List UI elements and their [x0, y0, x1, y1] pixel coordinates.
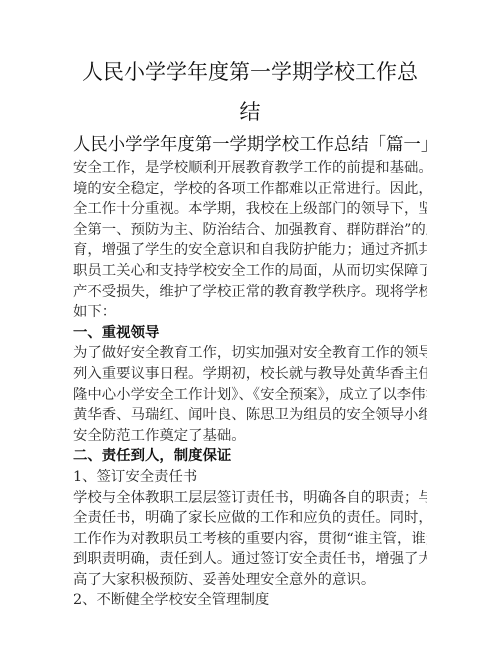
body-line: 安全工作，是学校顺利开展教育教学工作的前提和基础。没有师生、校园环 [73, 158, 427, 179]
body-line: 列入重要议事日程。学期初，校长就与教导处黄华香主任商议，拟订了《镇 [73, 364, 427, 385]
body-line: 全工作十分重视。本学期，我校在上级部门的领导下，坚持“以人为本、安 [73, 199, 427, 220]
body-line: 隆中心小学安全工作计划》、《安全预案》，成立了以李伟清校长为组长， [73, 385, 427, 406]
document-title: 人民小学学年度第一学期学校工作总 结 [73, 52, 427, 132]
title-line-2: 结 [73, 92, 427, 132]
body-line: 育，增强了学生的安全意识和自我防护能力；通过齐抓共管，营造了全校教 [73, 240, 427, 261]
section-heading-1: 一、重视领导 [73, 323, 427, 344]
body-line: 黄华香、马瑞红、闻叶良、陈思卫为组员的安全领导小组，为做好本学期的 [73, 405, 427, 426]
document-body: 安全工作，是学校顺利开展教育教学工作的前提和基础。没有师生、校园环 境的安全稳定… [73, 158, 427, 611]
body-line: 全第一、预防为主、防治结合、加强教育、群防群治”的原则，通过安全教 [73, 220, 427, 241]
body-line: 高了大家积极预防、妥善处理安全意外的意识。 [73, 570, 427, 591]
body-line: 境的安全稳定，学校的各项工作都难以正常进行。因此，学校领导对抓好安 [73, 179, 427, 200]
subsection-heading-1: 1、签订安全责任书 [73, 467, 427, 488]
body-line: 职员工关心和支持学校安全工作的局面，从而切实保障了师生安全和公共财 [73, 261, 427, 282]
title-line-1: 人民小学学年度第一学期学校工作总 [73, 52, 427, 92]
body-line: 为了做好安全教育工作，切实加强对安全教育工作的领导，学校把安全工作 [73, 343, 427, 364]
body-line: 如下： [73, 302, 427, 323]
body-line: 产不受损失，维护了学校正常的教育教学秩序。现将学校安全工作情况总结 [73, 282, 427, 303]
body-line: 学校与全体教职工层层签订责任书，明确各自的职责；与学生家长签订了安 [73, 488, 427, 509]
subsection-heading-2: 2、不断健全学校安全管理制度 [73, 590, 427, 611]
document-subtitle: 人民小学学年度第一学期学校工作总结「篇一」 [73, 134, 438, 156]
body-line: 工作作为对教职员工考核的重要内容，贯彻“谁主管，谁负责”的原则，做 [73, 529, 427, 550]
document-page: 人民小学学年度第一学期学校工作总 结 人民小学学年度第一学期学校工作总结「篇一」… [0, 0, 500, 647]
section-heading-2: 二、责任到人，制度保证 [73, 446, 427, 467]
body-line: 到职责明确，责任到人。通过签订安全责任书，增强了大家的安全意识，提 [73, 549, 427, 570]
body-line: 全责任书，明确了家长应做的工作和应负的责任。同时，学校还将安全教育 [73, 508, 427, 529]
body-line: 安全防范工作奠定了基础。 [73, 426, 427, 447]
